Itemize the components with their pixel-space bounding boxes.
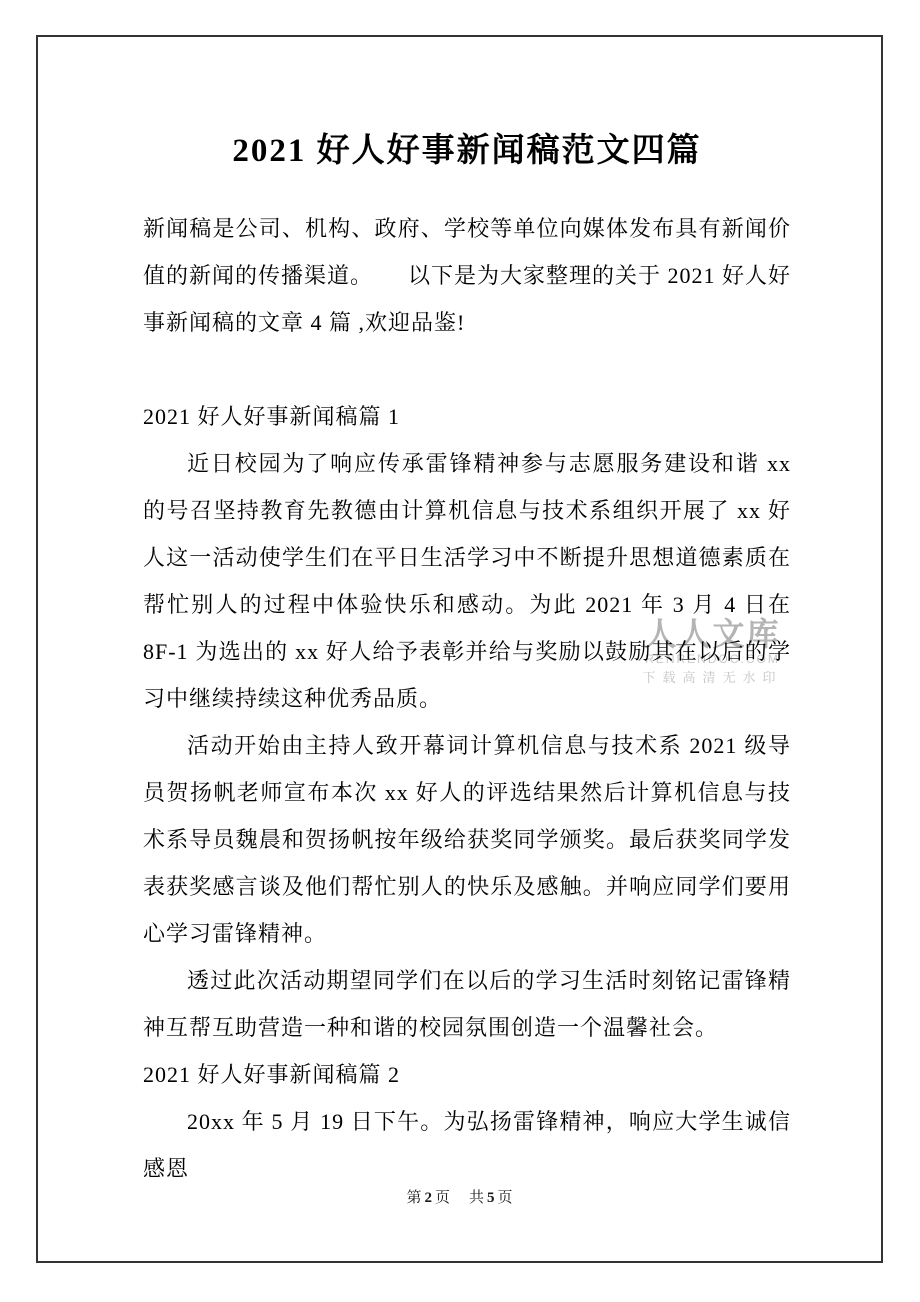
document-body: 新闻稿是公司、机构、政府、学校等单位向媒体发布具有新闻价值的新闻的传播渠道。 以… (143, 205, 791, 1192)
section-1-paragraph-2: 活动开始由主持人致开幕词计算机信息与技术系 2021 级导员贺扬帆老师宣布本次 … (143, 722, 791, 957)
total-prefix: 共 (469, 1190, 485, 1206)
section-1-heading: 2021 好人好事新闻稿篇 1 (143, 393, 791, 440)
total-number: 5 (485, 1190, 498, 1206)
document-title: 2021 好人好事新闻稿范文四篇 (143, 124, 791, 171)
intro-paragraph: 新闻稿是公司、机构、政府、学校等单位向媒体发布具有新闻价值的新闻的传播渠道。 以… (143, 205, 791, 346)
total-unit: 页 (498, 1190, 514, 1206)
page-prefix: 第 (406, 1190, 422, 1206)
section-2-heading: 2021 好人好事新闻稿篇 2 (143, 1051, 791, 1098)
page-unit: 页 (435, 1190, 451, 1206)
blank-line (143, 346, 791, 393)
section-2-paragraph-1: 20xx 年 5 月 19 日下午。为弘扬雷锋精神，响应大学生诚信感恩 (143, 1098, 791, 1192)
page-footer: 第2页共5页 (0, 1186, 920, 1207)
page-number: 2 (422, 1190, 435, 1206)
section-1-paragraph-3: 透过此次活动期望同学们在以后的学习生活时刻铭记雷锋精神互帮互助营造一种和谐的校园… (143, 957, 791, 1051)
section-1-paragraph-1: 近日校园为了响应传承雷锋精神参与志愿服务建设和谐 xx 的号召坚持教育先教德由计… (143, 440, 791, 722)
